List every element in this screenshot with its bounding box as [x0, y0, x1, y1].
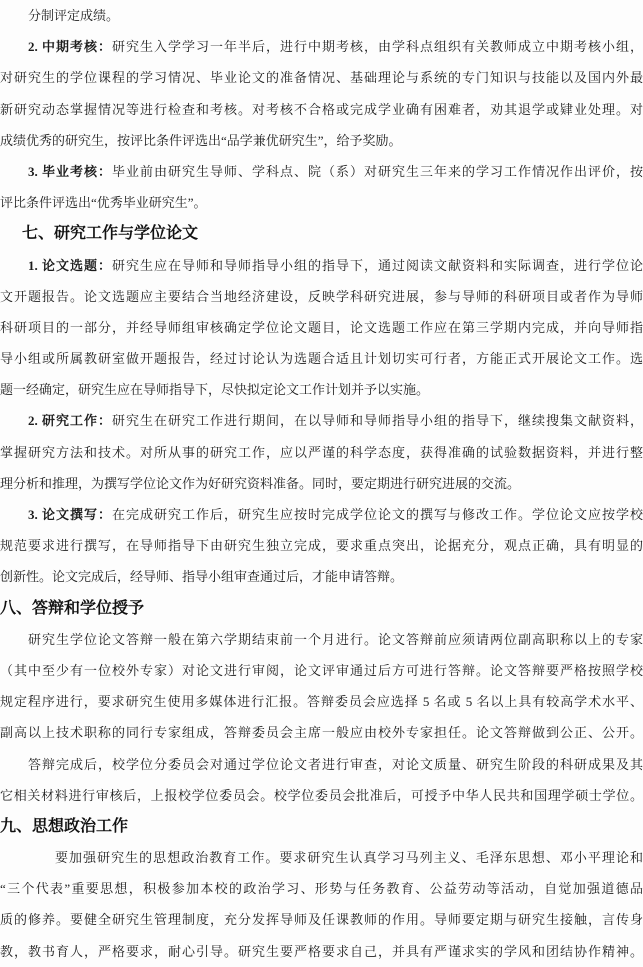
text-line: （其中至少有一位校外专家）对论文进行审阅，论文评审通过后方可进行答辩。论文答辩要…	[0, 655, 643, 686]
text-line: 科研项目的一部分，并经导师组审核确定学位论文题目，论文选题工作应在第三学期内完成…	[0, 312, 643, 343]
text-line: 对研究生的学位课程的学习情况、毕业论文的准备情况、基础理论与系统的专门知识与技能…	[0, 62, 643, 93]
text-line: 质的修养。要健全研究生管理制度，充分发挥导师及任课教师的作用。导师要定期与研究生…	[0, 904, 643, 935]
text-line: 2. 研究工作：研究生在研究工作进行期间，在以导师和导师指导小组的指导下，继续搜…	[0, 405, 643, 436]
section-heading-9: 九、思想政治工作	[0, 811, 643, 842]
text-line: 1. 论文选题：研究生应在导师和导师指导小组的指导下，通过阅读文献资料和实际调查…	[0, 250, 643, 281]
text-line: 要加强研究生的思想政治教育工作。要求研究生认真学习马列主义、毛泽东思想、邓小平理…	[0, 842, 643, 873]
text-line: 它相关材料进行审核后，上报校学位委员会。校学位委员会批准后，可授予中华人民共和国…	[0, 780, 643, 811]
run-in-bold-label: 2. 研究工作：	[28, 413, 112, 428]
text-line: “三个代表”重要思想，积极参加本校的政治学习、形势与任务教育、公益劳动等活动，自…	[0, 873, 643, 904]
text-line: 理分析和推理，为撰写学位论文作为好研究资料准备。同时，要定期进行研究进展的交流。	[0, 468, 643, 499]
run-in-bold-label: 1. 论文选题：	[28, 258, 112, 273]
document-page: 分制评定成绩。2. 中期考核：研究生入学学习一年半后，进行中期考核，由学科点组织…	[0, 0, 643, 967]
text-line: 评比条件评选出“优秀毕业研究生”。	[0, 187, 643, 218]
text-line: 3. 毕业考核：毕业前由研究生导师、学科点、院（系）对研究生三年来的学习工作情况…	[0, 156, 643, 187]
text-line: 创新性。论文完成后，经导师、指导小组审查通过后，才能申请答辩。	[0, 561, 643, 592]
run-in-bold-label: 3. 毕业考核：	[28, 164, 112, 179]
text-line: 研究生学位论文答辩一般在第六学期结束前一个月进行。论文答辩前应须请两位副高职称以…	[0, 624, 643, 655]
text-line: 文开题报告。论文选题应主要结合当地经济建设，反映学科研究进展，参与导师的科研项目…	[0, 281, 643, 312]
section-heading-7: 七、研究工作与学位论文	[0, 218, 643, 249]
text-line: 掌握研究方法和技术。对所从事的研究工作，应以严谨的科学态度，获得准确的试验数据资…	[0, 437, 643, 468]
text-line: 规定程序进行，要求研究生使用多媒体进行汇报。答辩委员会应选择 5 名或 5 名以…	[0, 686, 643, 717]
text-line: 导小组或所属教研室做开题报告，经过讨论认为选题合适且计划切实可行者，方能正式开展…	[0, 343, 643, 374]
run-in-bold-label: 2. 中期考核：	[28, 39, 112, 54]
text-line: 副高以上技术职称的同行专家组成，答辩委员会主席一般应由校外专家担任。论文答辩做到…	[0, 717, 643, 748]
text-line: 规范要求进行撰写，在导师指导下由研究生独立完成，要求重点突出，论据充分，观点正确…	[0, 530, 643, 561]
text-line: 答辩完成后，校学位分委员会对通过学位论文者进行审查，对论文质量、研究生阶段的科研…	[0, 749, 643, 780]
text-line: 成绩优秀的研究生，按评比条件评选出“品学兼优研究生”，给予奖励。	[0, 125, 643, 156]
text-line: 3. 论文撰写：在完成研究工作后，研究生应按时完成学位论文的撰写与修改工作。学位…	[0, 499, 643, 530]
text-line: 教，教书育人，严格要求，耐心引导。研究生要严格要求自己，并具有严谨求实的学风和团…	[0, 936, 643, 967]
text-line: 新研究动态掌握情况等进行检查和考核。对考核不合格或完成学业确有困难者，劝其退学或…	[0, 94, 643, 125]
text-line: 2. 中期考核：研究生入学学习一年半后，进行中期考核，由学科点组织有关教师成立中…	[0, 31, 643, 62]
section-heading-8: 八、答辩和学位授予	[0, 593, 643, 624]
text-line: 题一经确定，研究生应在导师指导下，尽快拟定论文工作计划并予以实施。	[0, 374, 643, 405]
run-in-bold-label: 3. 论文撰写：	[28, 507, 112, 522]
text-line: 分制评定成绩。	[0, 0, 643, 31]
